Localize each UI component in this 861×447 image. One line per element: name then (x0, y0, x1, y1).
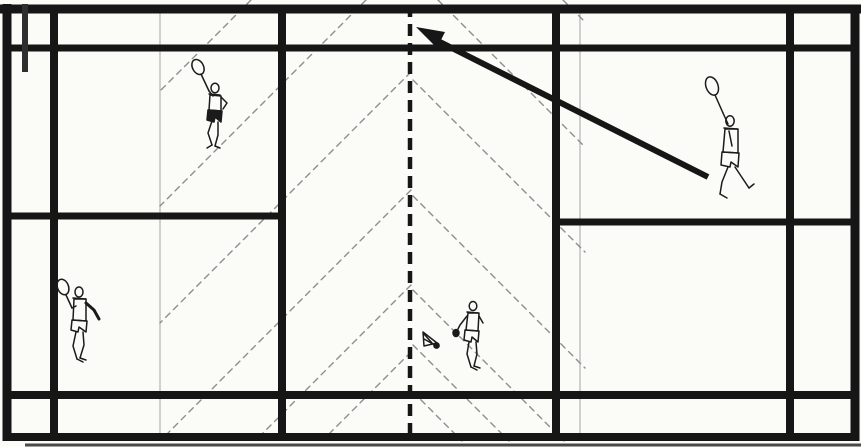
player-upper-left-part (207, 110, 222, 122)
scanned-badminton-diagram-page (0, 0, 861, 447)
shuttlecock-part (434, 343, 439, 348)
player-mid-court-part (453, 330, 459, 337)
badminton-court-diagram (0, 0, 861, 447)
